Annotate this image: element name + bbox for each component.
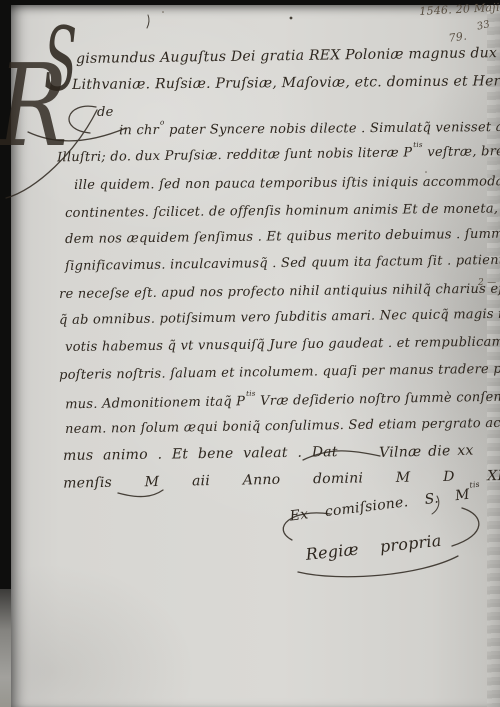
body-line-2: Illuſtri; do. dux Pruſsiæ. redditæ ſunt …	[57, 143, 500, 164]
body-line-13b: Vilnæ die xx	[379, 444, 474, 460]
margin-initial-r: R	[0, 50, 68, 163]
body-line-5: dem nos æquidem ſenſimus . Et quibus mer…	[65, 227, 500, 246]
body-line-9: votis habemus q̃ vt vnusquiſq̃ Jure ſuo …	[65, 336, 500, 354]
header-line-1: gismundus Auguſtus Dei gratia REX Poloni…	[76, 46, 497, 66]
header-line-2: Lithvaniæ. Ruſsiæ. Pruſsiæ, Maſoviæ, etc…	[72, 74, 500, 92]
body-line-8: q̃ ab omnibus. potiſsimum vero ſubditis …	[59, 308, 500, 327]
body-line-12: neam. non ſolum æqui boniq̃ conſulimus. …	[65, 417, 500, 436]
body-line-13: mus animo . Et bene valeat . Dat	[63, 445, 338, 463]
body-line-10: poſteris noſtris. ſaluam et incolumem. q…	[59, 362, 500, 382]
body-line-14: menſis M aii Anno domini M D XLvio	[63, 468, 500, 491]
body-line-3: ille quidem. ſed non pauca temporibus iſ…	[74, 175, 500, 192]
archival-date-note: 1546. 20 Maji	[419, 2, 500, 17]
body-line-11: mus. Admonitionem itaq̃ Ptis Vræ deſider…	[65, 389, 500, 411]
folio-number-right: 33	[476, 20, 491, 33]
manuscript-scan: 1546. 20 Maji3379.SRgismundus Auguſtus D…	[0, 0, 500, 707]
text-layer: 1546. 20 Maji3379.SRgismundus Auguſtus D…	[0, 0, 500, 707]
body-line-1: in chro pater Syncere nobis dilecte . Si…	[119, 119, 500, 137]
body-line-7: re neceſse eſt. apud nos profecto nihil …	[59, 282, 500, 301]
signature-line-1: Ex comiſsione. S. Mtis	[289, 486, 482, 524]
folio-number-old: 79.	[448, 30, 468, 43]
signature-line-2: Regiæ propria	[305, 533, 442, 563]
salutation-abbrev: de	[97, 106, 114, 119]
body-line-6: ſignificavimus. inculcavimusq̃ . Sed quu…	[65, 253, 500, 273]
body-line-4: continentes. ſcilicet. de offenſis homin…	[65, 202, 500, 220]
margin-mark: 2 —	[478, 279, 496, 288]
